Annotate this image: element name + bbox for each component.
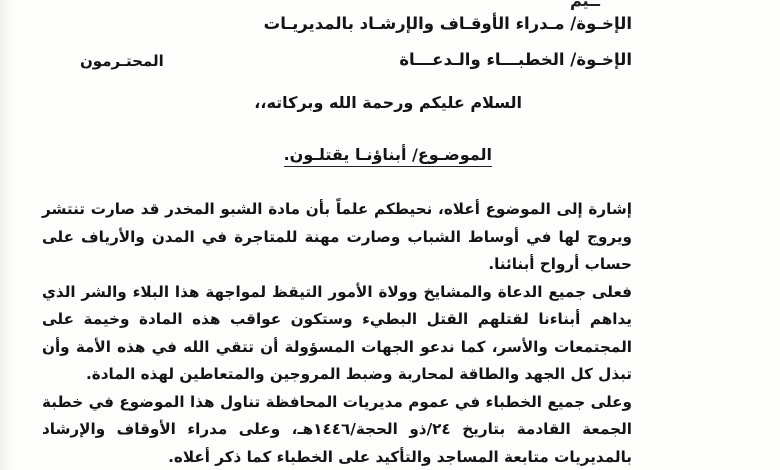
honorific: المحتـرمون xyxy=(80,52,164,70)
paragraph-instructions: وعلى جميع الخطباء في عموم مديريات المحاف… xyxy=(42,389,632,470)
letter-body: إشارة إلى الموضوع أعلاه، نحيطكم علماً بأ… xyxy=(42,196,632,470)
paragraph-call-to-action: فعلى جميع الدعاة والمشايخ وولاة الأمور ا… xyxy=(42,279,632,389)
addressee-preachers: الإخـوة/ الخطبـــاء والـدعـــاة xyxy=(399,50,632,69)
paragraph-intro: إشارة إلى الموضوع أعلاه، نحيطكم علماً بأ… xyxy=(42,196,632,279)
greeting: السلام عليكم ورحمة الله وبركاته،، xyxy=(254,93,522,112)
top-partial-line: ــيم xyxy=(570,0,600,10)
subject-line: الموضـوع/ أبناؤنـا يقتلـون. xyxy=(284,145,492,167)
scan-edge-shadow xyxy=(0,0,14,470)
letter-page: ــيم الإخـوة/ مـدراء الأوقـاف والإرشـاد … xyxy=(0,0,780,470)
addressee-directors: الإخـوة/ مـدراء الأوقـاف والإرشـاد بالمد… xyxy=(264,14,632,33)
